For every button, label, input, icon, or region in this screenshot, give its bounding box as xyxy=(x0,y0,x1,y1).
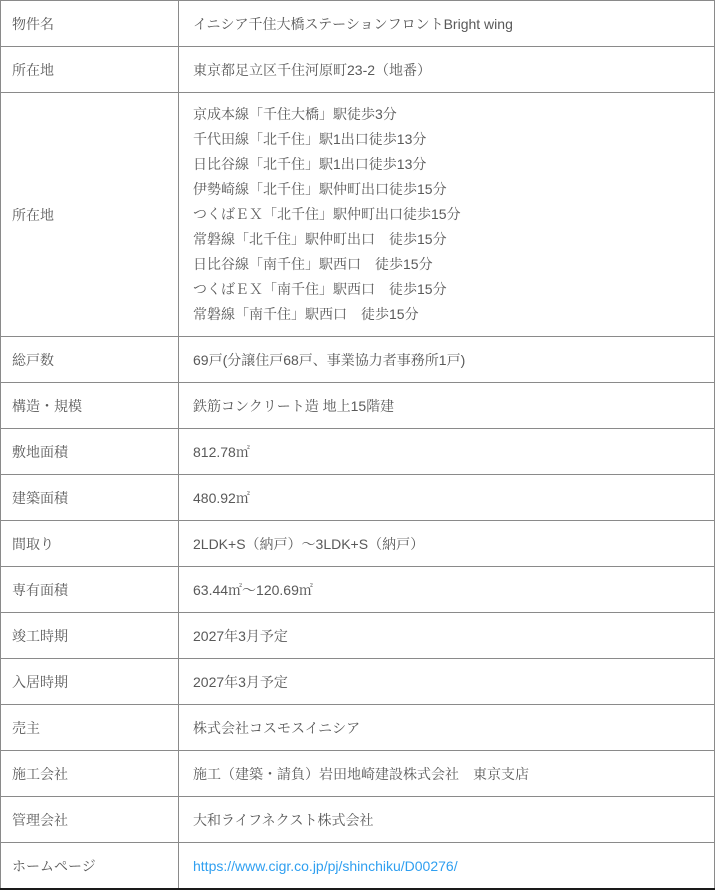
table-row-site-area: 敷地面積 812.78㎡ xyxy=(1,429,715,475)
access-line: 常磐線「北千住」駅仲町出口 徒歩15分 xyxy=(193,227,706,252)
table-row-completion-date: 竣工時期 2027年3月予定 xyxy=(1,613,715,659)
access-line: 日比谷線「北千住」駅1出口徒歩13分 xyxy=(193,152,706,177)
row-label: 入居時期 xyxy=(1,659,179,705)
row-label: 構造・規模 xyxy=(1,383,179,429)
row-value: 鉄筋コンクリート造 地上15階建 xyxy=(179,383,715,429)
row-label: 専有面積 xyxy=(1,567,179,613)
row-label: 間取り xyxy=(1,521,179,567)
row-value: イニシア千住大橋ステーションフロントBright wing xyxy=(179,1,715,47)
access-line: つくばＥＸ「南千住」駅西口 徒歩15分 xyxy=(193,277,706,302)
table-row-constructor: 施工会社 施工（建築・請負）岩田地崎建設株式会社 東京支店 xyxy=(1,751,715,797)
row-value: 2LDK+S（納戸）〜3LDK+S（納戸） xyxy=(179,521,715,567)
table-row-floor-plan: 間取り 2LDK+S（納戸）〜3LDK+S（納戸） xyxy=(1,521,715,567)
row-label: 総戸数 xyxy=(1,337,179,383)
table-row-access: 所在地 京成本線「千住大橋」駅徒歩3分 千代田線「北千住」駅1出口徒歩13分 日… xyxy=(1,93,715,337)
access-line: 京成本線「千住大橋」駅徒歩3分 xyxy=(193,102,706,127)
row-label: 管理会社 xyxy=(1,797,179,843)
property-spec-table: 物件名 イニシア千住大橋ステーションフロントBright wing 所在地 東京… xyxy=(0,0,715,890)
table-row-management-company: 管理会社 大和ライフネクスト株式会社 xyxy=(1,797,715,843)
row-label: 売主 xyxy=(1,705,179,751)
row-label: 所在地 xyxy=(1,47,179,93)
row-value: 株式会社コスモスイニシア xyxy=(179,705,715,751)
table-row-homepage: ホームページ https://www.cigr.co.jp/pj/shinchi… xyxy=(1,843,715,890)
row-value: 480.92㎡ xyxy=(179,475,715,521)
homepage-link[interactable]: https://www.cigr.co.jp/pj/shinchiku/D002… xyxy=(193,858,458,874)
row-value: 63.44㎡〜120.69㎡ xyxy=(179,567,715,613)
row-value: 812.78㎡ xyxy=(179,429,715,475)
row-value: 69戸(分譲住戸68戸、事業協力者事務所1戸) xyxy=(179,337,715,383)
table-row-seller: 売主 株式会社コスモスイニシア xyxy=(1,705,715,751)
row-value: 大和ライフネクスト株式会社 xyxy=(179,797,715,843)
table-row-total-units: 総戸数 69戸(分譲住戸68戸、事業協力者事務所1戸) xyxy=(1,337,715,383)
access-line: つくばＥＸ「北千住」駅仲町出口徒歩15分 xyxy=(193,202,706,227)
row-label: 物件名 xyxy=(1,1,179,47)
row-label: ホームページ xyxy=(1,843,179,890)
access-line: 千代田線「北千住」駅1出口徒歩13分 xyxy=(193,127,706,152)
row-label: 施工会社 xyxy=(1,751,179,797)
table-row-address: 所在地 東京都足立区千住河原町23-2（地番） xyxy=(1,47,715,93)
access-line: 常磐線「南千住」駅西口 徒歩15分 xyxy=(193,302,706,327)
row-label: 竣工時期 xyxy=(1,613,179,659)
table-row-move-in-date: 入居時期 2027年3月予定 xyxy=(1,659,715,705)
row-value: 施工（建築・請負）岩田地崎建設株式会社 東京支店 xyxy=(179,751,715,797)
access-line: 伊勢崎線「北千住」駅仲町出口徒歩15分 xyxy=(193,177,706,202)
row-value: 2027年3月予定 xyxy=(179,659,715,705)
row-label: 所在地 xyxy=(1,93,179,337)
row-label: 敷地面積 xyxy=(1,429,179,475)
table-row-property-name: 物件名 イニシア千住大橋ステーションフロントBright wing xyxy=(1,1,715,47)
access-line: 日比谷線「南千住」駅西口 徒歩15分 xyxy=(193,252,706,277)
table-row-structure: 構造・規模 鉄筋コンクリート造 地上15階建 xyxy=(1,383,715,429)
row-value: 2027年3月予定 xyxy=(179,613,715,659)
row-label: 建築面積 xyxy=(1,475,179,521)
table-row-exclusive-area: 専有面積 63.44㎡〜120.69㎡ xyxy=(1,567,715,613)
row-value: 東京都足立区千住河原町23-2（地番） xyxy=(179,47,715,93)
row-value: https://www.cigr.co.jp/pj/shinchiku/D002… xyxy=(179,843,715,890)
table-row-building-area: 建築面積 480.92㎡ xyxy=(1,475,715,521)
row-value: 京成本線「千住大橋」駅徒歩3分 千代田線「北千住」駅1出口徒歩13分 日比谷線「… xyxy=(179,93,715,337)
